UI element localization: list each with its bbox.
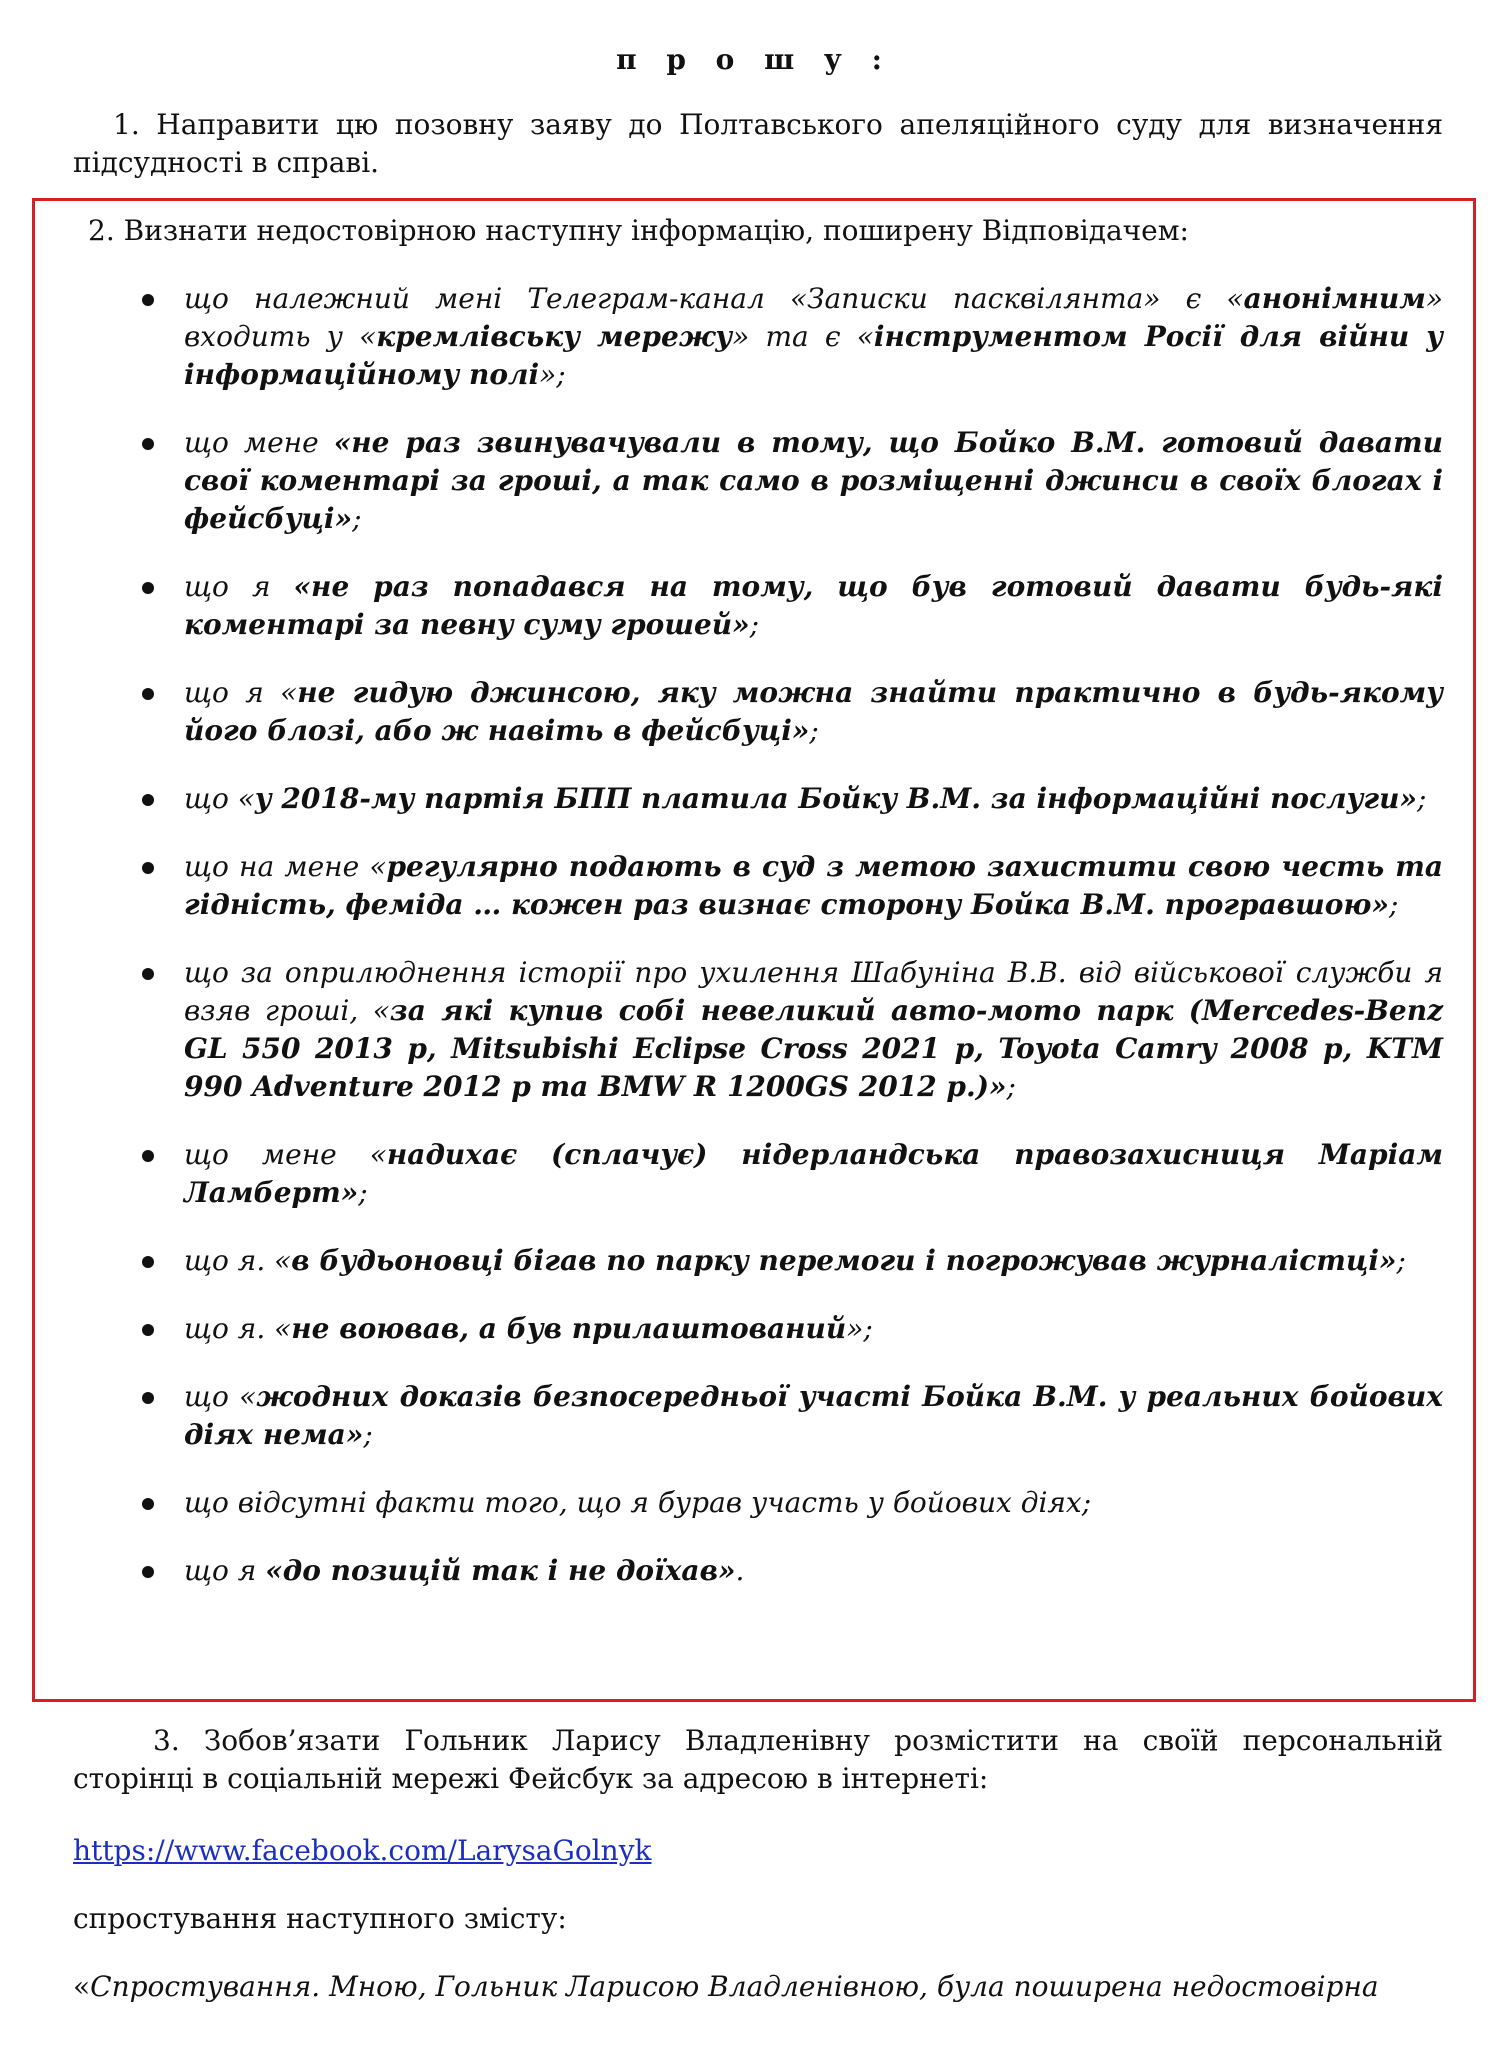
statement-text: що я bbox=[184, 570, 294, 603]
bullet-icon bbox=[142, 294, 154, 306]
list-item: що належний мені Телеграм-канал «Записки… bbox=[140, 280, 1443, 394]
statement-text: що мене bbox=[184, 426, 334, 459]
emphasized-quote: не воював, а був прилаштований bbox=[291, 1312, 846, 1345]
statement-text: що я. « bbox=[184, 1312, 291, 1345]
bullet-icon bbox=[142, 1324, 154, 1336]
list-item: що я. «не воював, а був прилаштований»; bbox=[140, 1310, 1443, 1348]
statement-text: ; bbox=[363, 1418, 372, 1451]
emphasized-quote: кремлівську мережу bbox=[376, 320, 732, 353]
statement-text: ; bbox=[358, 1176, 367, 1209]
statement-text: ; bbox=[750, 608, 759, 641]
statement-text: що « bbox=[184, 782, 255, 815]
refutation-italic: Спростування. Мною, Гольник Ларисою Влад… bbox=[90, 1970, 1378, 2003]
emphasized-quote: у 2018-му партія БПП платила Бойку В.М. … bbox=[255, 782, 1417, 815]
statement-text: »; bbox=[846, 1312, 873, 1345]
statement-text: що « bbox=[184, 1380, 256, 1413]
statement-text: що я « bbox=[184, 676, 297, 709]
request-item-1: 1. Направити цю позовну заяву до Полтавс… bbox=[73, 106, 1443, 182]
request-item-3: 3. Зобов’язати Гольник Ларису Владленівн… bbox=[73, 1722, 1443, 1798]
list-item: що «у 2018-му партія БПП платила Бойку В… bbox=[140, 780, 1443, 818]
emphasized-quote: «не раз попадався на тому, що був готови… bbox=[184, 570, 1443, 641]
statement-text: ; bbox=[1389, 888, 1398, 921]
list-item: що за оприлюднення історії про ухилення … bbox=[140, 954, 1443, 1106]
bullet-icon bbox=[142, 968, 154, 980]
list-item: що на мене «регулярно подають в суд з ме… bbox=[140, 848, 1443, 924]
refutation-text: «Спростування. Мною, Гольник Ларисою Вла… bbox=[73, 1968, 1443, 2006]
open-quote: « bbox=[73, 1970, 90, 2003]
bullet-icon bbox=[142, 862, 154, 874]
statement-text: ; bbox=[1007, 1070, 1016, 1103]
bullet-icon bbox=[142, 688, 154, 700]
statement-text: ; bbox=[1417, 782, 1426, 815]
bullet-icon bbox=[142, 1392, 154, 1404]
list-item: що я «до позицій так і не доїхав». bbox=[140, 1552, 1443, 1590]
list-item: що відсутні факти того, що я бурав участ… bbox=[140, 1484, 1443, 1522]
list-item: що мене «надихає (сплачує) нідерландська… bbox=[140, 1136, 1443, 1212]
bullet-icon bbox=[142, 582, 154, 594]
statement-text: що належний мені Телеграм-канал «Записки… bbox=[184, 282, 1244, 315]
statement-text: »; bbox=[539, 358, 566, 391]
disputed-statements-list: що належний мені Телеграм-канал «Записки… bbox=[140, 280, 1443, 1590]
list-item: що я «не раз попадався на тому, що був г… bbox=[140, 568, 1443, 644]
bullet-icon bbox=[142, 1150, 154, 1162]
statement-text: ; bbox=[352, 502, 361, 535]
statement-text: що на мене « bbox=[184, 850, 386, 883]
request-item-2-intro: 2. Визнати недостовірною наступну інформ… bbox=[88, 212, 1189, 250]
bullet-icon bbox=[142, 1256, 154, 1268]
statement-text: . bbox=[735, 1554, 744, 1587]
bullet-icon bbox=[142, 1566, 154, 1578]
statement-text: що я bbox=[184, 1554, 265, 1587]
list-item: що я «не гидую джинсою, яку можна знайти… bbox=[140, 674, 1443, 750]
statement-text: що відсутні факти того, що я бурав участ… bbox=[184, 1486, 1091, 1519]
list-item: що я. «в будьоновці бігав по парку перем… bbox=[140, 1242, 1443, 1280]
statement-text: що я. « bbox=[184, 1244, 291, 1277]
refutation-label: спростування наступного змісту: bbox=[73, 1900, 1443, 1938]
emphasized-quote: в будьоновці бігав по парку перемоги і п… bbox=[291, 1244, 1396, 1277]
bullet-icon bbox=[142, 1498, 154, 1510]
list-item: що «жодних доказів безпосередньої участі… bbox=[140, 1378, 1443, 1454]
list-item: що мене «не раз звинувачували в тому, що… bbox=[140, 424, 1443, 538]
bullet-icon bbox=[142, 438, 154, 450]
statement-text: ; bbox=[1397, 1244, 1406, 1277]
request-heading: п р о ш у : bbox=[0, 40, 1508, 80]
statement-text: що мене « bbox=[184, 1138, 387, 1171]
bullet-icon bbox=[142, 794, 154, 806]
facebook-profile-link[interactable]: https://www.facebook.com/LarysaGolnyk bbox=[73, 1832, 652, 1870]
emphasized-quote: «до позицій так і не доїхав» bbox=[265, 1554, 735, 1587]
statement-text: ; bbox=[809, 714, 818, 747]
document-page: п р о ш у : 1. Направити цю позовну заяв… bbox=[0, 0, 1508, 2048]
emphasized-quote: анонімним bbox=[1244, 282, 1426, 315]
emphasized-quote: «не раз звинувачували в тому, що Бойко В… bbox=[184, 426, 1443, 535]
statement-text: » та є « bbox=[732, 320, 874, 353]
